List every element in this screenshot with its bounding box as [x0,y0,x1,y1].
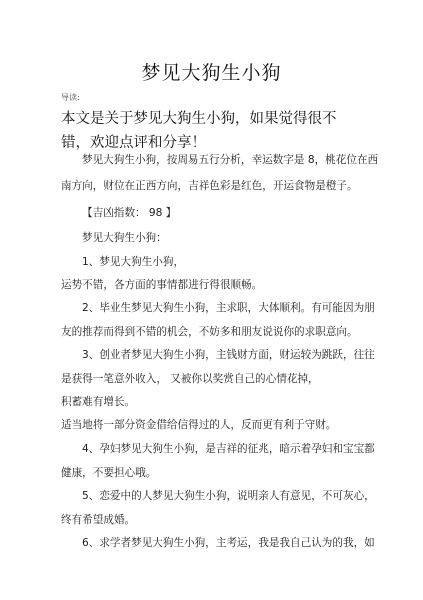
body-line: 【吉凶指数： 98 】 [82,205,176,220]
intro-paragraph: 本文是关于梦见大狗生小狗，如果觉得很不错，欢迎点评和分享！ [61,107,361,155]
body-line: 积蓄难有增长。 [61,394,135,409]
body-line: 是获得一笔意外收入， 又被你以奖赏自己的心情花掉， [61,371,319,386]
body-line: 终有希望成婚。 [61,512,135,527]
body-line: 4、孕妇梦见大狗生小狗，是吉祥的征兆，暗示着孕妇和宝宝都 [82,441,375,456]
body-line: 2、毕业生梦见大狗生小狗，主求职，大体顺利。有可能因为朋 [82,300,375,315]
body-line: 梦见大狗生小狗： [82,230,167,245]
body-line: 健康，不要担心哦。 [61,465,156,480]
lead-label: 导读: [61,92,80,103]
body-line: 南方向，财位在正西方向，吉祥色彩是红色，开运食物是橙子。 [61,178,358,193]
body-line: 3、创业者梦见大狗生小狗，主钱财方面，财运较为跳跃，往往 [82,347,375,362]
body-line: 适当地将一部分资金借给信得过的人，反而更有利于守财。 [61,417,336,432]
document-title: 梦见大狗生小狗 [0,58,423,85]
body-line: 1、梦见大狗生小狗， [82,254,184,269]
body-line: 6、求学者梦见大狗生小狗，主考运，我是我自己认为的我，如 [82,535,375,550]
body-line: 友的推荐而得到不错的机会，不妨多和朋友说说你的求职意向。 [61,324,358,339]
document-page: 梦见大狗生小狗 导读: 本文是关于梦见大狗生小狗，如果觉得很不错，欢迎点评和分享… [0,0,423,600]
body-line: 梦见大狗生小狗，按周易五行分析，幸运数字是 8，桃花位在西 [82,152,378,167]
body-line: 5、恋爱中的人梦见大狗生小狗，说明亲人有意见，不可灰心， [82,488,375,503]
body-line: 运势不错，各方面的事情都进行得很顺畅。 [61,277,262,292]
